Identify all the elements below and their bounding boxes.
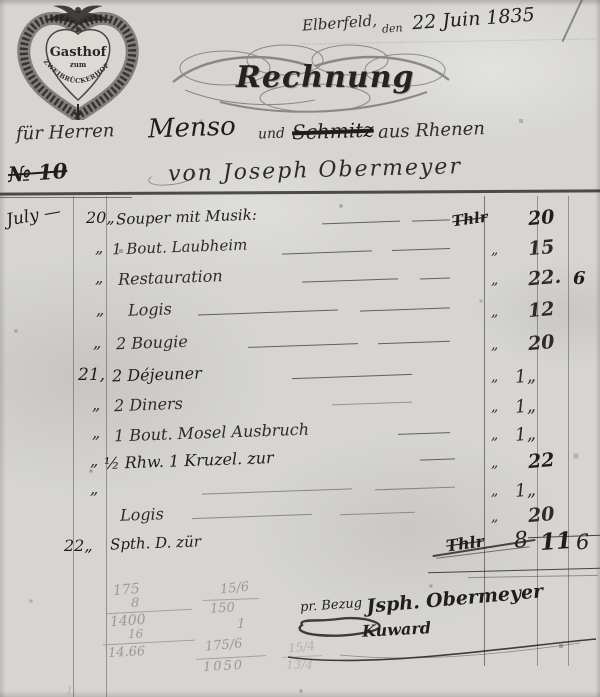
pencil-figure: 15/6 [219,580,250,598]
row-desc: Logis [120,504,164,525]
table-row: „ Logis „ 12 [0,298,600,328]
table-row: „ 2 Bougie „ 20 [0,331,600,361]
leader-dash [412,219,450,221]
leader-dash [248,343,358,348]
invoice-number: № 10 [7,158,68,187]
currency-ditto: „ [491,455,498,471]
table-row: Logis „ 20 [0,503,600,533]
table-row: „ Restauration „ 22. 6 [0,266,600,296]
row-desc: Spth. D. zür [110,532,201,553]
leader-dash [322,221,400,225]
currency-ditto: „ [491,427,498,443]
leader-dash [398,432,450,435]
header-rule [0,189,600,195]
pencil-figure: 175/6 [204,636,243,654]
pencil-figure: 14.66 [108,644,146,661]
row-desc: Logis [128,299,172,320]
row-day: 21, [78,365,105,385]
leader-dash [202,488,352,494]
row-day: 20„ [86,208,115,227]
row-amount-groschen: 20 [527,503,555,527]
table-row: „ 1 Bout. Laubheim „ 15 [0,236,600,266]
leader-dash [332,402,412,406]
row-day: „ [90,479,98,498]
row-day: „ [95,268,103,287]
row-desc: 2 Bougie [116,332,188,353]
row-desc: 2 Déjeuner [112,363,202,385]
pencil-figure: 150 [210,600,236,616]
row-desc: Restauration [118,266,223,289]
total-groschen: 11 [539,527,573,556]
leader-dash [198,310,338,316]
row-amount-groschen: 22 [527,449,555,473]
row-amount-thaler: 1„ [514,479,537,502]
row-day: „ [96,300,104,319]
leader-dash [292,374,412,379]
recipient-name1: Menso [148,111,237,144]
pencil-figure: 1 [237,617,245,632]
recipient-prefix: für Herren [16,120,115,144]
leader-dash [360,307,450,311]
row-amount-groschen: 20 [527,331,555,355]
row-desc: 2 Diners [114,394,183,415]
leader-dash [392,248,450,251]
paper-specks [0,0,2,2]
currency-ditto: „ [491,272,498,288]
table-row: 20„ Souper mit Musik: Thlr 20 [0,206,600,236]
row-day: „ [92,423,100,442]
row-amount-thaler: 1„ [514,395,537,418]
row-day: „ [93,333,101,352]
row-amount-thaler: 1„ [514,423,537,446]
page-title: Rechnung [236,60,415,95]
row-amount-groschen: 20 [527,206,555,230]
currency-ditto: „ [491,304,498,320]
row-day: 22„ [64,536,93,555]
paper-crease [562,0,585,42]
leader-dash [282,250,372,254]
total-pfennig: 6 [575,530,590,555]
currency-mark: Thlr [451,208,489,231]
row-desc: 1 Bout. Laubheim [112,236,248,259]
currency-ditto: „ [491,483,498,499]
currency-ditto: „ [491,369,498,385]
dateline-particle: den [382,21,403,35]
recipient-name2: Schmitz [292,118,375,145]
leader-dash [192,514,312,519]
gasthof-crest: Gasthof zum ZWEIBRÜCKERHOF [8,4,148,120]
table-row-total: 22„ Spth. D. zür Thlr 8 11 6 [0,530,600,570]
row-desc: ½ Rhw. 1 Kruzel. zur [104,448,274,473]
total-rule-bottom-2 [468,575,598,578]
recipient-conjunction: und [258,126,286,143]
issuer-line: von Joseph Obermeyer [168,154,463,187]
table-row: 21, 2 Déjeuner „ 1„ [0,363,600,393]
row-desc: Souper mit Musik: [116,206,257,229]
header-rule-double [0,197,132,198]
currency-ditto: „ [491,509,498,525]
leader-dash [378,341,450,345]
row-day: „ [95,238,103,257]
currency-ditto: „ [491,399,498,415]
signature-flourish [280,585,600,680]
table-row: „ 2 Diners „ 1„ [0,393,600,423]
leader-dash [302,278,398,282]
row-amount-groschen: 12 [527,298,555,322]
table-row: „ 1 Bout. Mosel Ausbruch „ 1„ [0,421,600,451]
pencil-figure: 16 [128,627,143,641]
crest-title: Gasthof [50,45,108,60]
dateline-place: Elberfeld, [301,11,377,34]
row-day: „ [90,451,98,470]
row-amount-groschen: 22. [527,266,562,291]
currency-ditto: „ [491,337,498,353]
leader-dash [375,487,455,491]
crest-subtitle: zum [70,60,87,69]
invoice-page: Gasthof zum ZWEIBRÜCKERHOF Elberfeld, de… [0,0,600,697]
pencil-figure: 1050 [203,658,245,675]
currency-ditto: „ [491,242,498,258]
row-amount-pfennig: 6 [573,268,586,289]
pencil-figure: 1, [66,684,77,697]
dateline-date: 22 Juin 1835 [411,4,535,35]
row-day: „ [92,395,100,414]
recipient-suffix: aus Rhenen [378,118,486,143]
row-amount-thaler: 1„ [514,365,537,388]
pencil-figure: 8 [131,596,139,611]
row-amount-groschen: 15 [527,236,555,260]
leader-dash [420,277,450,279]
table-row: „ ½ Rhw. 1 Kruzel. zur „ 22 [0,449,600,479]
leader-dash [420,458,455,460]
row-desc: 1 Bout. Mosel Ausbruch [114,420,310,446]
leader-dash [340,512,415,516]
